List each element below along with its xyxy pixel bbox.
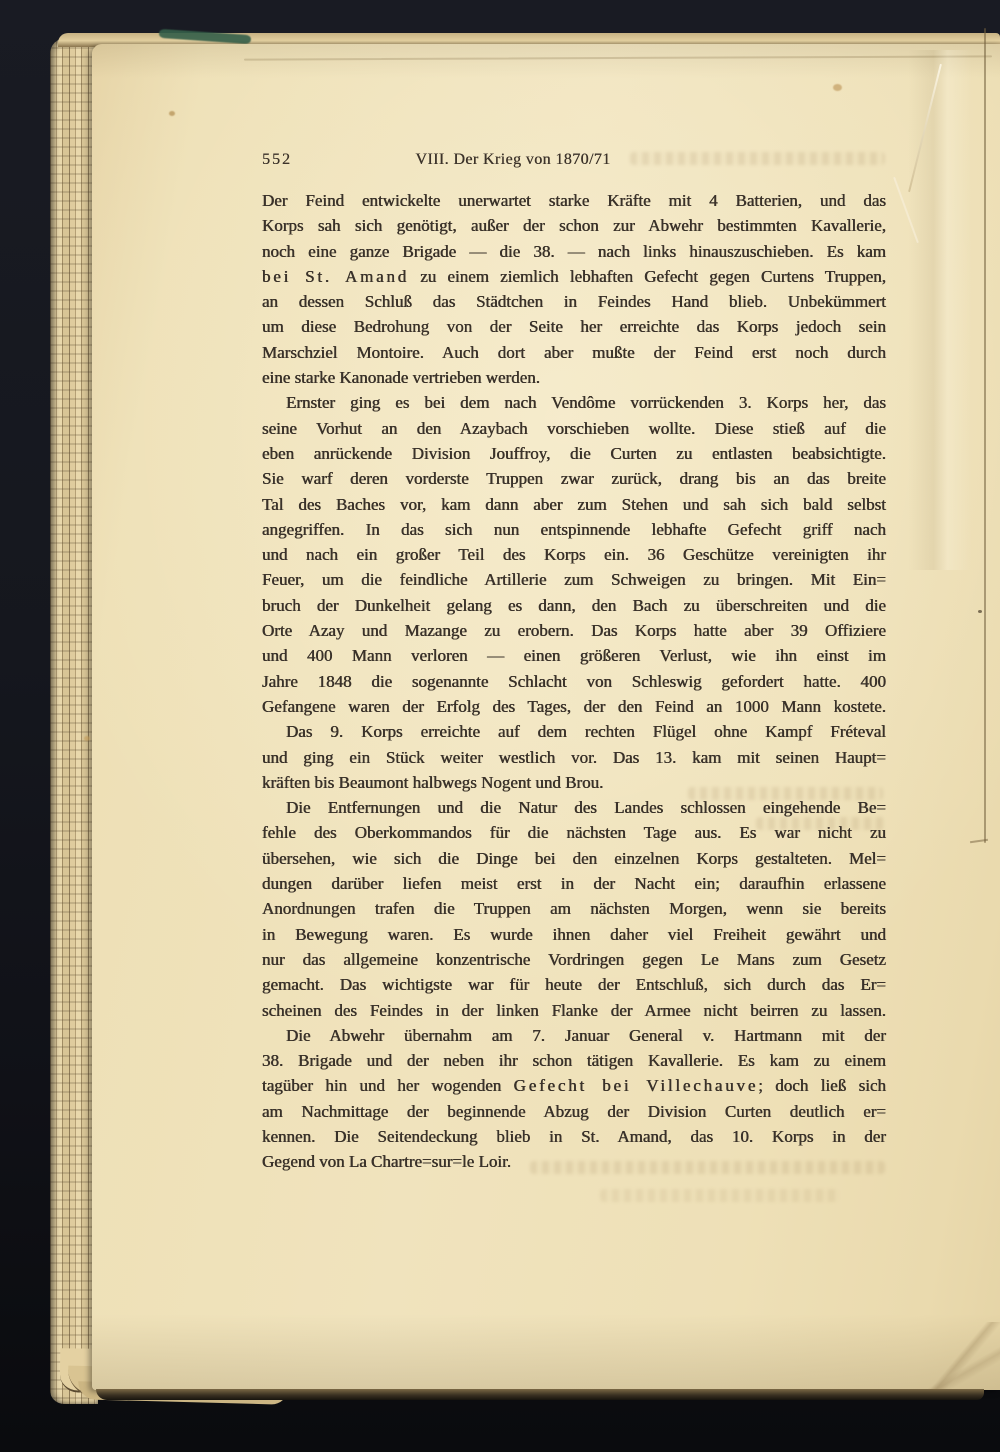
text-segment: Ernster ging es bei dem nach Vendôme vor… (286, 393, 886, 412)
text-line: Das 9. Korps erreichte auf dem rechten F… (262, 719, 886, 744)
text-line: um diese Bedrohung von der Seite her err… (262, 314, 886, 339)
text-segment: seine Vorhut an den Azaybach vorschieben… (262, 419, 886, 438)
text-line: eine starke Kanonade vertrieben werden. (262, 365, 886, 390)
text-segment: und 400 Mann verloren — einen größeren V… (262, 646, 886, 665)
text-line: kräften bis Beaumont halbwegs Nogent und… (262, 770, 886, 795)
text-segment: dungen darüber liefen meist erst in der … (262, 874, 886, 893)
text-segment: am Nachmittage der beginnende Abzug der … (262, 1102, 886, 1121)
text-segment: und ging ein Stück weiter westlich vor. … (262, 748, 886, 767)
text-line: kennen. Die Seitendeckung blieb in St. A… (262, 1124, 886, 1149)
text-line: noch eine ganze Brigade — die 38. — nach… (262, 239, 886, 264)
text-line: an dessen Schluß das Städtchen in Feinde… (262, 289, 886, 314)
letterspaced-phrase: Gefecht bei Villechauve (514, 1076, 759, 1095)
text-line: gemacht. Das wichtigste war für heute de… (262, 972, 886, 997)
text-line: Jahre 1848 die sogenannte Schlacht von S… (262, 669, 886, 694)
text-line: Gefangene waren der Erfolg des Tages, de… (262, 694, 886, 719)
corner-crease (928, 1322, 1000, 1390)
text-segment: bruch der Dunkelheit gelang es dann, den… (262, 596, 886, 615)
text-line: Orte Azay und Mazange zu erobern. Das Ko… (262, 618, 886, 643)
text-segment: Der Feind entwickelte unerwartet starke … (262, 191, 886, 210)
text-line: Tal des Baches vor, kam dann aber zum St… (262, 492, 886, 517)
text-segment: in Bewegung waren. Es wurde ihnen daher … (262, 925, 886, 944)
ink-fleck (978, 610, 982, 613)
bleedthrough-smudge (600, 1189, 840, 1202)
text-line: bei St. Amand zu einem ziemlich lebhafte… (262, 264, 886, 289)
text-segment: eben anrückende Division Jouffroy, die C… (262, 444, 886, 463)
text-segment: ; doch ließ sich (758, 1076, 886, 1095)
text-line: Marschziel Montoire. Auch dort aber mußt… (262, 340, 886, 365)
text-segment: nur das allgemeine konzentrische Vordrin… (262, 950, 886, 969)
letterspaced-phrase: bei St. Amand (262, 267, 409, 286)
text-segment: Gegend von La Chartre=sur=le Loir. (262, 1152, 511, 1171)
foxing-spot (84, 736, 90, 741)
text-line: tagüber hin und her wogenden Gefecht bei… (262, 1073, 886, 1098)
text-segment: gemacht. Das wichtigste war für heute de… (262, 975, 886, 994)
text-line: Der Feind entwickelte unerwartet starke … (262, 188, 886, 213)
text-line: eben anrückende Division Jouffroy, die C… (262, 441, 886, 466)
text-segment: Anordnungen trafen die Truppen am nächst… (262, 899, 886, 918)
text-segment: Tal des Baches vor, kam dann aber zum St… (262, 495, 886, 514)
text-segment: fehle des Oberkommandos für die nächsten… (262, 823, 886, 842)
text-segment: Feuer, um die feindliche Artillerie zum … (262, 570, 886, 589)
text-line: und 400 Mann verloren — einen größeren V… (262, 643, 886, 668)
text-segment: Orte Azay und Mazange zu erobern. Das Ko… (262, 621, 886, 640)
text-segment: kennen. Die Seitendeckung blieb in St. A… (262, 1127, 886, 1146)
text-line: übersehen, wie sich die Dinge bei den ei… (262, 846, 886, 871)
text-block: Der Feind entwickelte unerwartet starke … (262, 188, 886, 1175)
text-segment: Jahre 1848 die sogenannte Schlacht von S… (262, 672, 886, 691)
text-line: Die Abwehr übernahm am 7. Januar General… (262, 1023, 886, 1048)
text-line: Sie warf deren vorderste Truppen zwar zu… (262, 466, 886, 491)
text-line: scheinen des Feindes in der linken Flank… (262, 998, 886, 1023)
text-segment: noch eine ganze Brigade — die 38. — nach… (262, 242, 886, 261)
folio-row: 552 VIII. Der Krieg von 1870/71 (262, 151, 886, 175)
page-edges-stack (50, 38, 98, 1404)
text-segment: an dessen Schluß das Städtchen in Feinde… (262, 292, 886, 311)
text-line: in Bewegung waren. Es wurde ihnen daher … (262, 922, 886, 947)
text-line: bruch der Dunkelheit gelang es dann, den… (262, 593, 886, 618)
text-segment: kräften bis Beaumont halbwegs Nogent und… (262, 773, 603, 792)
text-segment: 38. Brigade und der neben ihr schon täti… (262, 1051, 886, 1070)
text-line: Die Entfernungen und die Natur des Lande… (262, 795, 886, 820)
text-segment: Korps sah sich genötigt, außer der schon… (262, 216, 886, 235)
text-segment: tagüber hin und her wogenden (262, 1076, 514, 1095)
text-line: Anordnungen trafen die Truppen am nächst… (262, 896, 886, 921)
foxing-spot (833, 84, 842, 91)
text-segment: angegriffen. In das sich nun entspinnend… (262, 520, 886, 539)
text-line: Feuer, um die feindliche Artillerie zum … (262, 567, 886, 592)
text-segment: Gefangene waren der Erfolg des Tages, de… (262, 697, 886, 716)
text-line: Korps sah sich genötigt, außer der schon… (262, 213, 886, 238)
text-segment: und nach ein großer Teil des Korps ein. … (262, 545, 886, 564)
gutter-line (984, 28, 986, 843)
text-line: und ging ein Stück weiter westlich vor. … (262, 745, 886, 770)
text-line: und nach ein großer Teil des Korps ein. … (262, 542, 886, 567)
text-line: fehle des Oberkommandos für die nächsten… (262, 820, 886, 845)
text-segment: zu einem ziemlich lebhaften Gefecht gege… (409, 267, 886, 286)
text-segment: scheinen des Feindes in der linken Flank… (262, 1001, 886, 1020)
foxing-spot (169, 111, 175, 116)
text-segment: übersehen, wie sich die Dinge bei den ei… (262, 849, 886, 868)
text-line: 38. Brigade und der neben ihr schon täti… (262, 1048, 886, 1073)
text-line: seine Vorhut an den Azaybach vorschieben… (262, 416, 886, 441)
text-segment: um diese Bedrohung von der Seite her err… (262, 317, 886, 336)
bottom-edge (96, 1389, 984, 1400)
text-segment: Die Abwehr übernahm am 7. Januar General… (286, 1026, 886, 1045)
text-line: Ernster ging es bei dem nach Vendôme vor… (262, 390, 886, 415)
text-segment: eine starke Kanonade vertrieben werden. (262, 368, 540, 387)
fold-crease (908, 50, 972, 570)
text-segment: Das 9. Korps erreichte auf dem rechten F… (286, 722, 886, 741)
book-photo-scene: 552 VIII. Der Krieg von 1870/71 Der Fein… (0, 0, 1000, 1452)
running-header: VIII. Der Krieg von 1870/71 (262, 151, 764, 169)
text-segment: Die Entfernungen und die Natur des Lande… (286, 798, 886, 817)
text-line: am Nachmittage der beginnende Abzug der … (262, 1099, 886, 1124)
text-segment: Sie warf deren vorderste Truppen zwar zu… (262, 469, 886, 488)
text-segment: Marschziel Montoire. Auch dort aber mußt… (262, 343, 886, 362)
text-line: angegriffen. In das sich nun entspinnend… (262, 517, 886, 542)
text-line: nur das allgemeine konzentrische Vordrin… (262, 947, 886, 972)
text-line: Gegend von La Chartre=sur=le Loir. (262, 1149, 886, 1174)
text-line: dungen darüber liefen meist erst in der … (262, 871, 886, 896)
